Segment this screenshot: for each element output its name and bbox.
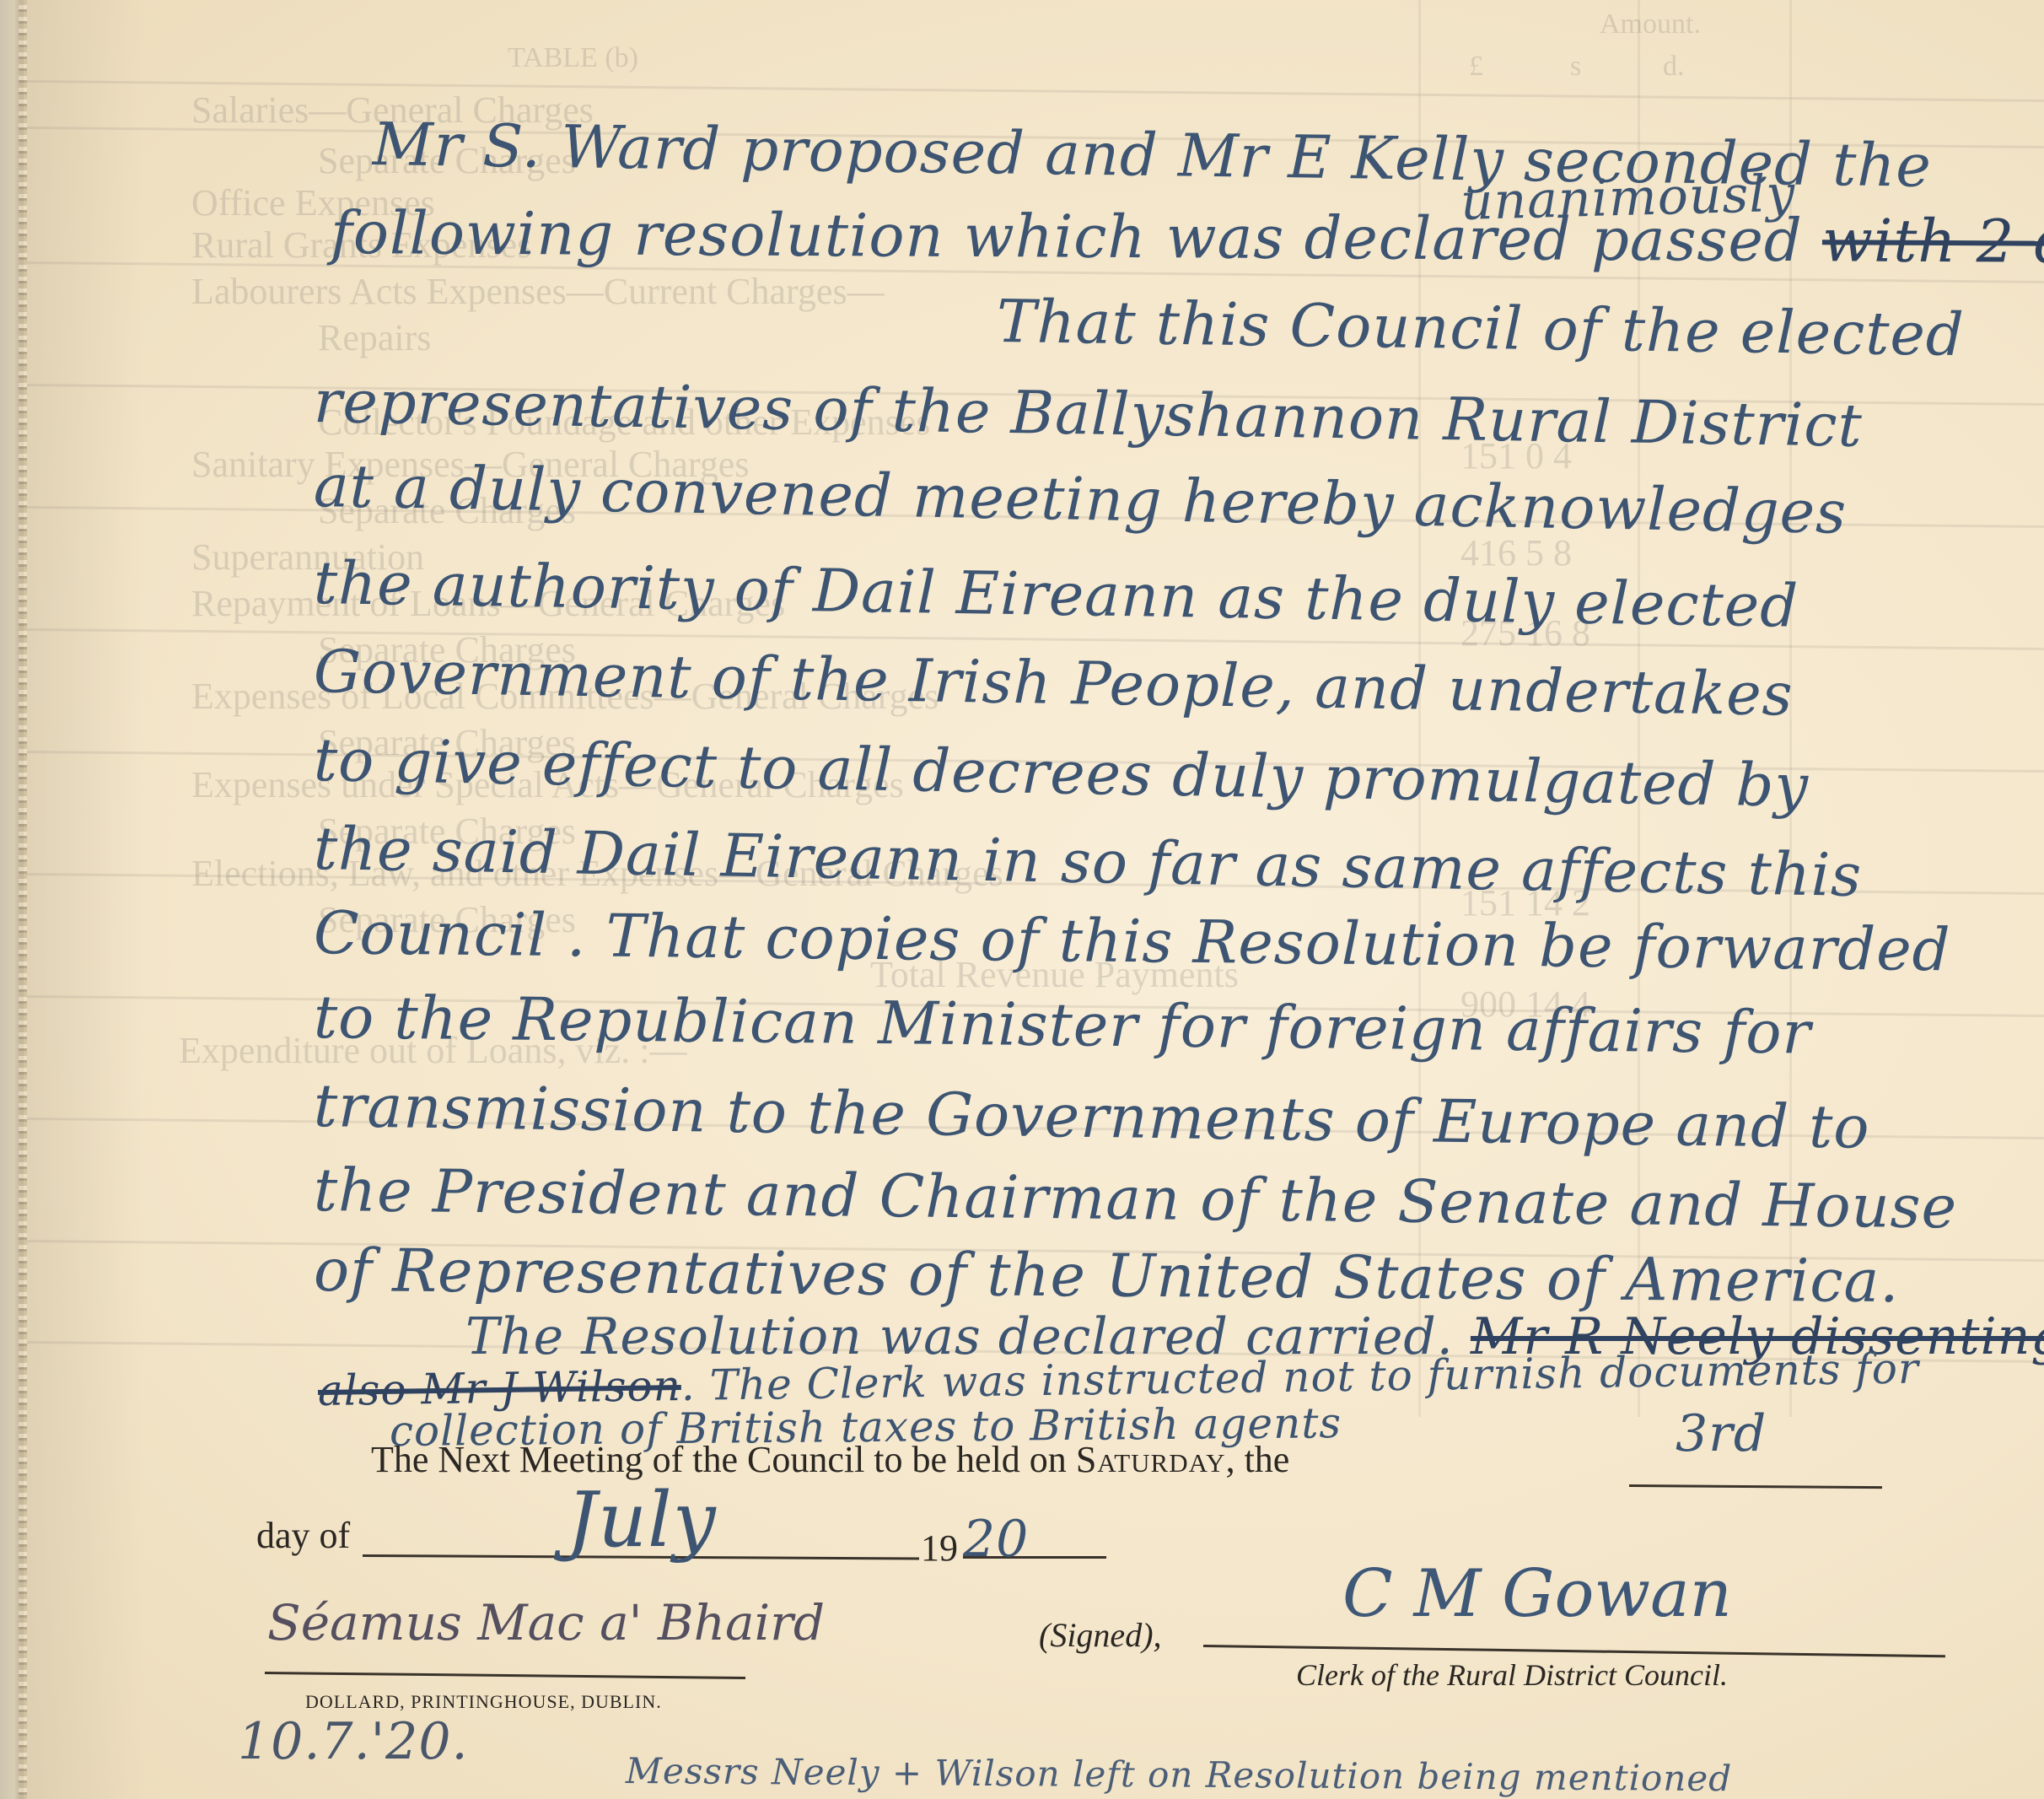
minute-line-6: the authority of Dail Eireann as the dul…: [313, 548, 1799, 641]
day-blank-line: [1629, 1484, 1882, 1489]
ghost-row-label: Labourers Acts Expenses—Current Charges—: [191, 270, 885, 313]
footer-date: 10.7.'20.: [238, 1712, 469, 1771]
ghost-row-label: Repairs: [318, 316, 431, 359]
minute-line-9: the said Dail Eireann in so far as same …: [313, 814, 1863, 910]
torn-page-edge: [19, 0, 27, 1799]
next-meeting-weekday: Saturday: [1076, 1439, 1226, 1480]
minute-line-13: the President and Chairman of the Senate…: [314, 1155, 1958, 1242]
meeting-day-value: 3rd: [1676, 1404, 1767, 1463]
clerk-signature: C M Gowan: [1342, 1556, 1732, 1632]
chairman-signature: Séamus Mac a' Bhaird: [267, 1594, 825, 1651]
ghost-amount-header: Amount.: [1600, 8, 1701, 40]
printer-imprint: DOLLARD, PRINTINGHOUSE, DUBLIN.: [305, 1691, 662, 1713]
minute-line-14: of Representatives of the United States …: [314, 1236, 1900, 1316]
footer-note: Messrs Neely + Wilson left on Resolution…: [626, 1750, 1732, 1799]
clerk-signature-line: [1203, 1645, 1945, 1657]
clerk-caption: Clerk of the Rural District Council.: [1296, 1657, 1728, 1693]
next-meeting-suffix: , the: [1226, 1439, 1290, 1480]
minute-line-8: to give effect to all decrees duly promu…: [313, 725, 1809, 821]
minute-line-2-text: following resolution which was declared …: [331, 198, 1803, 275]
minute-line-5: at a duly convened meeting hereby acknow…: [313, 451, 1847, 547]
minute-line-2-struck: with 2 dissenting: [1822, 206, 2044, 277]
next-meeting-prefix: The Next Meeting of the Council to be he…: [371, 1439, 1067, 1480]
ghost-shilling-col: s: [1570, 51, 1581, 83]
minute-line-2: following resolution which was declared …: [331, 198, 2044, 278]
day-of-label: day of: [256, 1514, 350, 1557]
ghost-pound-col: £: [1469, 51, 1483, 83]
meeting-month-value: July: [567, 1476, 717, 1565]
ghost-table-title: TABLE (b): [508, 42, 638, 74]
minutes-page: TABLE (b) Amount. £ s d. Salaries—Genera…: [27, 0, 2044, 1799]
meeting-year-value: 20: [963, 1510, 1029, 1569]
ghost-pence-col: d.: [1663, 51, 1685, 83]
year-prefix: 19: [921, 1527, 958, 1570]
minute-line-10: Council . That copies of this Resolution…: [314, 898, 1951, 984]
minute-line-3: That this Council of the elected: [996, 287, 1965, 369]
signed-label: (Signed),: [1039, 1615, 1162, 1655]
next-meeting-text: The Next Meeting of the Council to be he…: [371, 1438, 1289, 1481]
chairman-signature-line: [265, 1672, 745, 1679]
